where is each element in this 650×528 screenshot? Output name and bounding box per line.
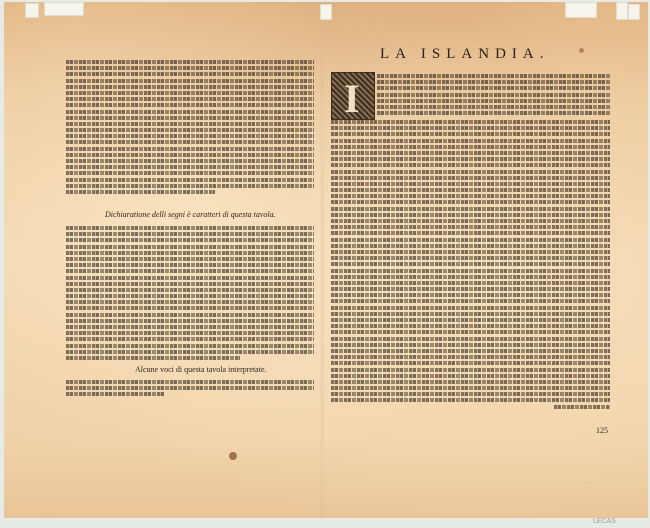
left-intro-text — [66, 60, 314, 196]
center-fold — [321, 2, 324, 518]
legend-entries — [66, 226, 314, 362]
page-number: 125 — [596, 426, 608, 435]
hinge-tab — [628, 4, 640, 20]
hinge-tab — [565, 2, 597, 18]
section-heading: Dichiaratione delli segni è caratteri di… — [105, 210, 276, 219]
body-text — [331, 120, 610, 411]
foxing-spot — [229, 452, 237, 460]
hinge-tab — [320, 4, 332, 20]
hinge-tab — [44, 2, 84, 16]
hinge-tab — [25, 3, 39, 18]
pencil-note: ... — [585, 478, 591, 485]
drop-cap: I — [331, 72, 375, 120]
pencil-note: LECAS — [593, 518, 616, 525]
hinge-tab — [616, 2, 628, 20]
page-title: LA ISLANDIA. — [380, 46, 620, 63]
footnote-text — [66, 380, 314, 399]
subheading-interpretations: Alcune voci di questa tavola interpretat… — [135, 365, 267, 374]
body-text-top — [377, 74, 610, 117]
pencil-note: ... — [45, 512, 51, 519]
